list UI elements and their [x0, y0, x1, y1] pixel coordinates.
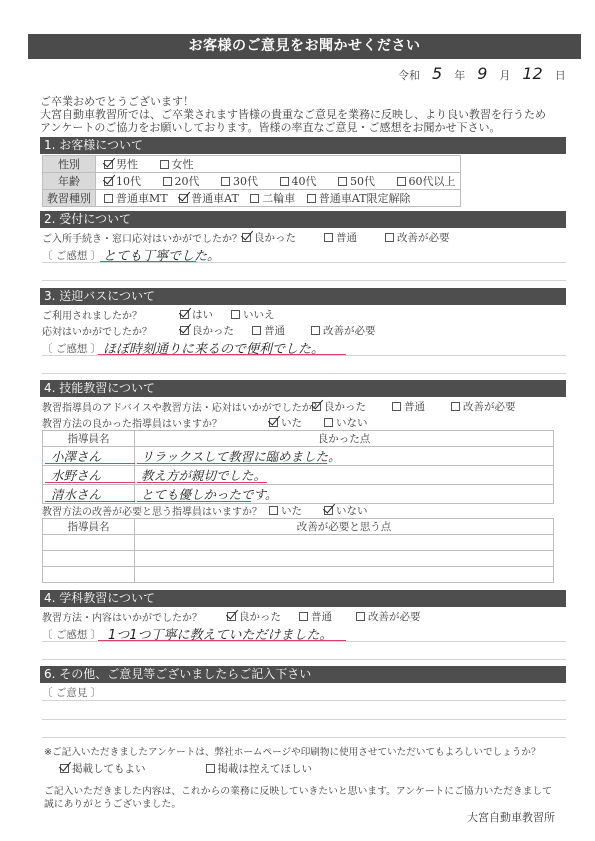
bus-service-row: 応対はいかがでしたか？ 良かった 普通 改善が必要: [42, 322, 394, 338]
checkbox-good-instructor-no[interactable]: いない: [324, 415, 368, 430]
checkbox-age-60s-plus[interactable]: 60代以上: [397, 173, 456, 189]
comment-line: [42, 262, 566, 263]
month-unit: 月: [499, 67, 510, 83]
instructor-name[interactable]: [43, 535, 135, 551]
option-label: 改善が必要: [397, 230, 450, 245]
date-day[interactable]: 12: [522, 64, 542, 83]
checkbox-reception-good[interactable]: 良かった: [242, 230, 296, 245]
table-row: 小澤さん リラックスして教習に臨めました。: [43, 447, 554, 466]
good-point-header: 良かった点: [135, 431, 554, 447]
intro-text: ご卒業おめでとうございます！ 大宮自動車教習所では、ご卒業されます皆様の貴重なご…: [40, 95, 580, 134]
option-label: 女性: [172, 156, 194, 172]
section-1-heading: 1. お客様について: [40, 137, 566, 154]
table-row: [43, 567, 554, 583]
gender-row: 性別 男性 女性: [43, 156, 461, 173]
checkbox-icon: [104, 160, 113, 169]
improve-point[interactable]: [135, 535, 554, 551]
instructor-name[interactable]: [43, 551, 135, 567]
gender-label: 性別: [43, 156, 96, 173]
improve-point[interactable]: [135, 551, 554, 567]
era-label: 令和: [398, 67, 420, 83]
option-label: 10代: [116, 173, 141, 189]
bus-usage-question: ご利用されましたか？: [42, 307, 180, 322]
comment-line: [42, 641, 566, 642]
checkbox-at[interactable]: 普通車AT: [179, 190, 239, 206]
option-label: 普通: [336, 230, 357, 245]
option-label: はい: [192, 307, 213, 322]
option-label: いない: [336, 503, 368, 518]
classroom-question-row: 教習方法・内容はいかがでしたか？ 良かった 普通 改善が必要: [42, 608, 439, 624]
option-label: 良かった: [324, 399, 366, 414]
checkbox-icon: [60, 764, 69, 773]
red-underline: [45, 482, 135, 483]
checkbox-icon: [206, 764, 215, 773]
reception-question-row: ご入所手続き・窓口応対はいかがでしたか？ 良かった 普通 改善が必要: [42, 229, 468, 245]
option-label: いた: [281, 503, 302, 518]
option-label: 掲載は控えてほしい: [218, 761, 313, 776]
closing-line-2: 誠にありがとうございました。: [44, 798, 552, 811]
comment-line: [42, 659, 566, 660]
age-label: 年齢: [43, 173, 96, 190]
checkbox-motorcycle[interactable]: 二輪車: [250, 190, 295, 206]
checkbox-icon: [451, 402, 460, 411]
improve-point-header: 改善が必要と思う点: [135, 519, 554, 535]
checkbox-icon: [163, 177, 172, 186]
table-row: 水野さん 教え方が親切でした。: [43, 466, 554, 485]
red-underline: [45, 463, 135, 464]
option-label: 良かった: [239, 609, 281, 624]
instructor-name-header: 指導員名: [43, 431, 135, 447]
checkbox-classroom-needs-improvement[interactable]: 改善が必要: [356, 609, 421, 624]
checkbox-consent-allow[interactable]: 掲載してもよい: [60, 761, 146, 776]
consent-question: ※ご記入いただきましたアンケートは、弊社ホームページや印刷物に使用させていただい…: [44, 746, 541, 759]
checkbox-icon: [392, 402, 401, 411]
checkbox-icon: [252, 326, 261, 335]
table-row: [43, 551, 554, 567]
instructor-name[interactable]: 水野さん: [51, 468, 101, 483]
option-label: 良かった: [254, 230, 296, 245]
checkbox-icon: [180, 326, 189, 335]
checkbox-instructor-normal[interactable]: 普通: [392, 399, 425, 414]
option-label: 40代: [292, 173, 317, 189]
checkbox-icon: [160, 160, 169, 169]
checkbox-reception-needs-improvement[interactable]: 改善が必要: [385, 230, 450, 245]
improve-instructor-table: 指導員名 改善が必要と思う点: [42, 518, 554, 583]
section-2-heading: 2. 受付について: [40, 211, 566, 228]
table-header-row: 指導員名 改善が必要と思う点: [43, 519, 554, 535]
checkbox-reception-normal[interactable]: 普通: [324, 230, 357, 245]
checkbox-icon: [385, 233, 394, 242]
checkbox-classroom-normal[interactable]: 普通: [299, 609, 332, 624]
checkbox-improve-instructor-yes[interactable]: いた: [269, 503, 302, 518]
option-label: いいえ: [243, 307, 275, 322]
form-title: お客様のご意見をお聞かせください: [28, 34, 581, 59]
option-label: 改善が必要: [368, 609, 421, 624]
checkbox-icon: [104, 177, 113, 186]
option-label: 60代以上: [409, 173, 456, 189]
date-year[interactable]: 5: [432, 64, 442, 83]
checkbox-icon: [242, 233, 251, 242]
option-label: 普通: [311, 609, 332, 624]
checkbox-male[interactable]: 男性: [104, 156, 138, 172]
checkbox-icon: [269, 418, 278, 427]
checkbox-age-50s[interactable]: 50代: [338, 173, 375, 189]
bus-comment-label: 〔 ご感想 〕: [42, 341, 101, 356]
option-label: いた: [281, 415, 302, 430]
good-instructor-row: 教習方法の良かった指導員はいますか？ いた いない: [42, 414, 386, 430]
improve-instructor-question: 教習方法の改善が必要と思う指導員はいますか？: [42, 503, 269, 518]
checkbox-icon: [338, 177, 347, 186]
intro-line-3: アンケートのご協力をお願いしております。皆様の率直なご意見・ご感想をお聞かせ下さ…: [40, 121, 580, 134]
bus-service-question: 応対はいかがでしたか？: [42, 323, 180, 338]
instructor-rating-question: 教習指導員のアドバイスや教習方法・応対はいかがでしたか？: [42, 399, 312, 414]
instructor-rating-row: 教習指導員のアドバイスや教習方法・応対はいかがでしたか？ 良かった 普通 改善が…: [42, 398, 534, 414]
checkbox-female[interactable]: 女性: [160, 156, 194, 172]
option-label: 20代: [175, 173, 200, 189]
instructor-name-header: 指導員名: [43, 519, 135, 535]
option-label: 普通: [264, 323, 285, 338]
opinion-input[interactable]: [100, 684, 560, 698]
checkbox-classroom-good[interactable]: 良かった: [227, 609, 281, 624]
checkbox-age-40s[interactable]: 40代: [280, 173, 317, 189]
checkbox-consent-decline[interactable]: 掲載は控えてほしい: [206, 761, 313, 776]
closing-message: ご記入いただきました内容は、これからの業務に反映していきたいと思います。アンケー…: [44, 785, 552, 811]
age-row: 年齢 10代 20代 30代 40代 50代 60代以上: [43, 173, 461, 190]
bus-usage-row: ご利用されましたか？ はい いいえ: [42, 306, 293, 322]
comment-line: [42, 355, 566, 356]
checkbox-good-instructor-yes[interactable]: いた: [269, 415, 302, 430]
checkbox-icon: [104, 194, 113, 203]
option-label: 30代: [233, 173, 258, 189]
checkbox-bus-service-normal[interactable]: 普通: [252, 323, 285, 338]
date-row: 令和 5 年 9 月 12 日: [398, 64, 566, 84]
classroom-comment-label: 〔 ご感想 〕: [42, 627, 101, 642]
option-label: 普通車AT: [191, 190, 239, 206]
comment-line: [42, 700, 566, 701]
checkbox-icon: [356, 612, 365, 621]
good-point[interactable]: 教え方が親切でした。: [141, 468, 266, 483]
good-instructor-question: 教習方法の良かった指導員はいますか？: [42, 415, 269, 430]
checkbox-icon: [221, 177, 230, 186]
checkbox-icon: [179, 194, 188, 203]
closing-line-1: ご記入いただきました内容は、これからの業務に反映していきたいと思います。アンケー…: [44, 785, 552, 798]
school-signature: 大宮自動車教習所: [467, 811, 555, 824]
good-point[interactable]: とても優しかったです。: [141, 487, 278, 502]
checkbox-icon: [280, 177, 289, 186]
checkbox-icon: [299, 612, 308, 621]
option-label: 普通車AT限定解除: [319, 190, 411, 206]
checkbox-age-30s[interactable]: 30代: [221, 173, 258, 189]
checkbox-bus-service-good[interactable]: 良かった: [180, 323, 234, 338]
consent-options-row: 掲載してもよい 掲載は控えてほしい: [60, 760, 330, 776]
checkbox-bus-no[interactable]: いいえ: [231, 307, 275, 322]
checkbox-icon: [180, 310, 189, 319]
comment-line: [42, 280, 566, 281]
table-row: 清水さん とても優しかったです。: [43, 485, 554, 504]
instructor-name[interactable]: 小澤さん: [51, 449, 101, 464]
year-unit: 年: [454, 67, 465, 83]
improve-instructor-row: 教習方法の改善が必要と思う指導員はいますか？ いた いない: [42, 502, 386, 518]
checkbox-icon: [231, 310, 240, 319]
checkbox-bus-yes[interactable]: はい: [180, 307, 213, 322]
table-row: [43, 535, 554, 551]
comment-line: [42, 737, 566, 738]
option-label: 改善が必要: [323, 323, 376, 338]
checkbox-instructor-needs-improvement[interactable]: 改善が必要: [451, 399, 516, 414]
reception-question: ご入所手続き・窓口応対はいかがでしたか？: [42, 230, 242, 245]
reception-comment-label: 〔 ご感想 〕: [42, 248, 101, 263]
section-6-heading: 6. その他、ご意見等ございましたらご記入下さい: [40, 666, 566, 683]
course-type-row: 教習種別 普通車MT 普通車AT 二輪車 普通車AT限定解除: [43, 190, 461, 207]
checkbox-at-limit-removal[interactable]: 普通車AT限定解除: [307, 190, 411, 206]
checkbox-icon: [311, 326, 320, 335]
checkbox-icon: [397, 177, 406, 186]
intro-line-2: 大宮自動車教習所では、ご卒業されます皆様の貴重なご意見を業務に反映し、より良い教…: [40, 108, 580, 121]
red-underline: [137, 482, 267, 483]
checkbox-icon: [324, 506, 333, 515]
checkbox-icon: [324, 418, 333, 427]
option-label: いない: [336, 415, 368, 430]
checkbox-bus-service-needs-improvement[interactable]: 改善が必要: [311, 323, 376, 338]
comment-line: [42, 373, 566, 374]
course-type-label: 教習種別: [43, 190, 96, 207]
opinion-label: 〔 ご意見 〕: [42, 685, 101, 700]
improve-point[interactable]: [135, 567, 554, 583]
instructor-name[interactable]: [43, 567, 135, 583]
table-header-row: 指導員名 良かった点: [43, 431, 554, 447]
checkbox-icon: [227, 612, 236, 621]
option-label: 二輪車: [262, 190, 295, 206]
option-label: 普通車MT: [116, 190, 168, 206]
comment-line: [42, 719, 566, 720]
day-unit: 日: [555, 67, 566, 83]
option-label: 50代: [350, 173, 375, 189]
date-month[interactable]: 9: [477, 64, 487, 83]
checkbox-instructor-good[interactable]: 良かった: [312, 399, 366, 414]
checkbox-mt[interactable]: 普通車MT: [104, 190, 168, 206]
good-instructor-table: 指導員名 良かった点 小澤さん リラックスして教習に臨めました。 水野さん 教え…: [42, 430, 554, 504]
intro-line-1: ご卒業おめでとうございます！: [40, 95, 580, 108]
section-4-heading: 4. 技能教習について: [40, 380, 566, 397]
checkbox-icon: [324, 233, 333, 242]
checkbox-icon: [250, 194, 259, 203]
checkbox-improve-instructor-no[interactable]: いない: [324, 503, 368, 518]
good-point[interactable]: リラックスして教習に臨めました。: [141, 449, 341, 464]
instructor-name[interactable]: 清水さん: [51, 487, 101, 502]
checkbox-icon: [307, 194, 316, 203]
classroom-question: 教習方法・内容はいかがでしたか？: [42, 609, 227, 624]
checkbox-icon: [269, 506, 278, 515]
section-5-heading: 4. 学科教習について: [40, 590, 566, 607]
option-label: 普通: [404, 399, 425, 414]
option-label: 掲載してもよい: [72, 761, 146, 776]
customer-info-table: 性別 男性 女性 年齢 10代 20代 30代 40代 50代 60代以上 教習…: [42, 155, 461, 207]
option-label: 男性: [116, 156, 138, 172]
checkbox-icon: [312, 402, 321, 411]
option-label: 改善が必要: [463, 399, 516, 414]
checkbox-age-20s[interactable]: 20代: [163, 173, 200, 189]
option-label: 良かった: [192, 323, 234, 338]
red-underline: [137, 463, 327, 464]
section-3-heading: 3. 送迎バスについて: [40, 288, 566, 305]
checkbox-age-10s[interactable]: 10代: [104, 173, 141, 189]
